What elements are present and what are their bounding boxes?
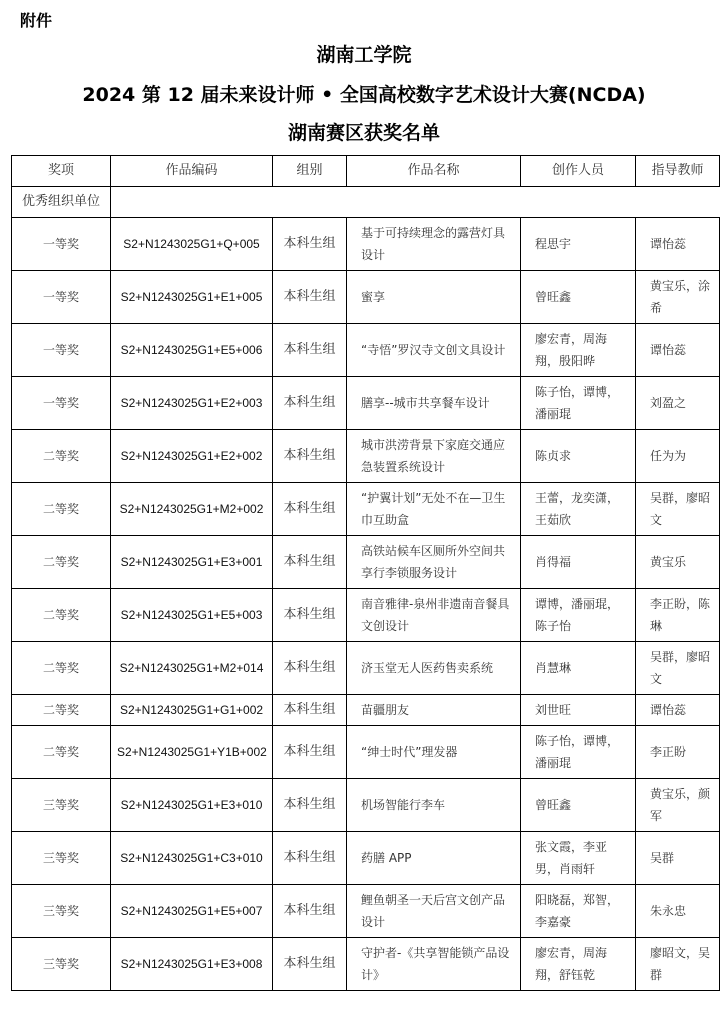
org-label: 优秀组织单位 <box>12 187 111 218</box>
attachment-label: 附件 <box>20 8 52 31</box>
work-name-cell: 药膳 APP <box>347 832 521 885</box>
group-cell: 本科生组 <box>273 324 347 377</box>
work-name-cell: 蜜享 <box>347 271 521 324</box>
advisor-cell: 吴群 <box>636 832 720 885</box>
code-cell: S2+N1243025G1+E2+002 <box>111 430 273 483</box>
table-row: 三等奖S2+N1243025G1+C3+010本科生组药膳 APP张文霞，李亚男… <box>12 832 720 885</box>
code-cell: S2+N1243025G1+E5+007 <box>111 885 273 938</box>
list-title: 湖南赛区获奖名单 <box>0 118 728 145</box>
table-row: 二等奖S2+N1243025G1+E5+003本科生组南音雅律-泉州非遗南音餐具… <box>12 589 720 642</box>
table-row: 一等奖S2+N1243025G1+E5+006本科生组“寺悟”罗汉寺文创文具设计… <box>12 324 720 377</box>
creators-cell: 曾旺鑫 <box>521 271 636 324</box>
creators-cell: 陈贞求 <box>521 430 636 483</box>
creators-cell: 刘世旺 <box>521 695 636 726</box>
award-cell: 一等奖 <box>12 218 111 271</box>
header-creators: 创作人员 <box>521 156 636 187</box>
org-row: 优秀组织单位 <box>12 187 720 218</box>
work-name-cell: 高铁站候车区厕所外空间共享行李锁服务设计 <box>347 536 521 589</box>
header-code: 作品编码 <box>111 156 273 187</box>
code-cell: S2+N1243025G1+Y1B+002 <box>111 726 273 779</box>
creators-cell: 阳晓磊，郑智，李嘉豪 <box>521 885 636 938</box>
table-row: 二等奖S2+N1243025G1+M2+002本科生组“护翼计划”无处不在—卫生… <box>12 483 720 536</box>
creators-cell: 程思宇 <box>521 218 636 271</box>
org-value <box>111 187 720 218</box>
award-cell: 一等奖 <box>12 377 111 430</box>
header-award: 奖项 <box>12 156 111 187</box>
table-row: 二等奖S2+N1243025G1+Y1B+002本科生组“绅士时代”理发器陈子怡… <box>12 726 720 779</box>
group-cell: 本科生组 <box>273 430 347 483</box>
award-cell: 一等奖 <box>12 324 111 377</box>
creators-cell: 陈子怡，谭博，潘丽琨 <box>521 726 636 779</box>
table-row: 二等奖S2+N1243025G1+G1+002本科生组苗疆朋友刘世旺谭怡蕊 <box>12 695 720 726</box>
competition-title: 2024 第 12 届未来设计师 • 全国高校数字艺术设计大赛(NCDA) <box>0 80 728 107</box>
award-cell: 三等奖 <box>12 938 111 991</box>
advisor-cell: 谭怡蕊 <box>636 218 720 271</box>
code-cell: S2+N1243025G1+E1+005 <box>111 271 273 324</box>
table-row: 一等奖S2+N1243025G1+Q+005本科生组基于可持续理念的露营灯具设计… <box>12 218 720 271</box>
work-name-cell: “绅士时代”理发器 <box>347 726 521 779</box>
table-row: 二等奖S2+N1243025G1+E2+002本科生组城市洪涝背景下家庭交通应急… <box>12 430 720 483</box>
advisor-cell: 刘盈之 <box>636 377 720 430</box>
creators-cell: 谭博，潘丽琨，陈子怡 <box>521 589 636 642</box>
advisor-cell: 谭怡蕊 <box>636 695 720 726</box>
group-cell: 本科生组 <box>273 779 347 832</box>
creators-cell: 曾旺鑫 <box>521 779 636 832</box>
table-row: 二等奖S2+N1243025G1+M2+014本科生组济玉堂无人医药售卖系统肖慧… <box>12 642 720 695</box>
code-cell: S2+N1243025G1+E2+003 <box>111 377 273 430</box>
group-cell: 本科生组 <box>273 938 347 991</box>
work-name-cell: 城市洪涝背景下家庭交通应急装置系统设计 <box>347 430 521 483</box>
institution-title: 湖南工学院 <box>0 40 728 67</box>
table-row: 一等奖S2+N1243025G1+E1+005本科生组蜜享曾旺鑫黄宝乐，涂希 <box>12 271 720 324</box>
code-cell: S2+N1243025G1+Q+005 <box>111 218 273 271</box>
creators-cell: 张文霞，李亚男，肖雨轩 <box>521 832 636 885</box>
table-row: 三等奖S2+N1243025G1+E3+008本科生组守护者-《共享智能锁产品设… <box>12 938 720 991</box>
group-cell: 本科生组 <box>273 642 347 695</box>
advisor-cell: 吴群，廖昭文 <box>636 483 720 536</box>
advisor-cell: 黄宝乐，颜军 <box>636 779 720 832</box>
header-name: 作品名称 <box>347 156 521 187</box>
award-cell: 三等奖 <box>12 832 111 885</box>
table-row: 三等奖S2+N1243025G1+E5+007本科生组鲤鱼朝圣一天后宫文创产品设… <box>12 885 720 938</box>
table-row: 一等奖S2+N1243025G1+E2+003本科生组膳享--城市共享餐车设计陈… <box>12 377 720 430</box>
advisor-cell: 朱永忠 <box>636 885 720 938</box>
award-cell: 二等奖 <box>12 536 111 589</box>
code-cell: S2+N1243025G1+C3+010 <box>111 832 273 885</box>
creators-cell: 廖宏青，周海翔，舒钰乾 <box>521 938 636 991</box>
code-cell: S2+N1243025G1+M2+014 <box>111 642 273 695</box>
group-cell: 本科生组 <box>273 885 347 938</box>
award-cell: 二等奖 <box>12 642 111 695</box>
advisor-cell: 黄宝乐，涂希 <box>636 271 720 324</box>
group-cell: 本科生组 <box>273 483 347 536</box>
group-cell: 本科生组 <box>273 589 347 642</box>
advisor-cell: 李正盼 <box>636 726 720 779</box>
advisor-cell: 李正盼，陈琳 <box>636 589 720 642</box>
work-name-cell: 机场智能行李车 <box>347 779 521 832</box>
awards-table: 奖项 作品编码 组别 作品名称 创作人员 指导教师 优秀组织单位 一等奖S2+N… <box>11 155 720 991</box>
award-cell: 二等奖 <box>12 726 111 779</box>
work-name-cell: 南音雅律-泉州非遗南音餐具文创设计 <box>347 589 521 642</box>
code-cell: S2+N1243025G1+E5+003 <box>111 589 273 642</box>
work-name-cell: 济玉堂无人医药售卖系统 <box>347 642 521 695</box>
work-name-cell: 膳享--城市共享餐车设计 <box>347 377 521 430</box>
group-cell: 本科生组 <box>273 271 347 324</box>
advisor-cell: 任为为 <box>636 430 720 483</box>
code-cell: S2+N1243025G1+M2+002 <box>111 483 273 536</box>
table-row: 二等奖S2+N1243025G1+E3+001本科生组高铁站候车区厕所外空间共享… <box>12 536 720 589</box>
advisor-cell: 谭怡蕊 <box>636 324 720 377</box>
group-cell: 本科生组 <box>273 695 347 726</box>
advisor-cell: 吴群，廖昭文 <box>636 642 720 695</box>
header-group: 组别 <box>273 156 347 187</box>
table-row: 三等奖S2+N1243025G1+E3+010本科生组机场智能行李车曾旺鑫黄宝乐… <box>12 779 720 832</box>
code-cell: S2+N1243025G1+E3+010 <box>111 779 273 832</box>
advisor-cell: 廖昭文，吴群 <box>636 938 720 991</box>
work-name-cell: 苗疆朋友 <box>347 695 521 726</box>
award-cell: 三等奖 <box>12 779 111 832</box>
group-cell: 本科生组 <box>273 218 347 271</box>
table-header-row: 奖项 作品编码 组别 作品名称 创作人员 指导教师 <box>12 156 720 187</box>
award-cell: 三等奖 <box>12 885 111 938</box>
work-name-cell: 基于可持续理念的露营灯具设计 <box>347 218 521 271</box>
advisor-cell: 黄宝乐 <box>636 536 720 589</box>
group-cell: 本科生组 <box>273 377 347 430</box>
group-cell: 本科生组 <box>273 726 347 779</box>
code-cell: S2+N1243025G1+E3+008 <box>111 938 273 991</box>
code-cell: S2+N1243025G1+G1+002 <box>111 695 273 726</box>
header-advisor: 指导教师 <box>636 156 720 187</box>
work-name-cell: “护翼计划”无处不在—卫生巾互助盒 <box>347 483 521 536</box>
award-cell: 二等奖 <box>12 695 111 726</box>
award-cell: 二等奖 <box>12 589 111 642</box>
group-cell: 本科生组 <box>273 536 347 589</box>
creators-cell: 陈子怡，谭博，潘丽琨 <box>521 377 636 430</box>
work-name-cell: “寺悟”罗汉寺文创文具设计 <box>347 324 521 377</box>
creators-cell: 王蕾，龙奕潇，王茹欣 <box>521 483 636 536</box>
creators-cell: 肖慧琳 <box>521 642 636 695</box>
award-cell: 二等奖 <box>12 430 111 483</box>
code-cell: S2+N1243025G1+E5+006 <box>111 324 273 377</box>
award-cell: 二等奖 <box>12 483 111 536</box>
code-cell: S2+N1243025G1+E3+001 <box>111 536 273 589</box>
creators-cell: 廖宏青，周海翔，殷阳晔 <box>521 324 636 377</box>
work-name-cell: 守护者-《共享智能锁产品设计》 <box>347 938 521 991</box>
work-name-cell: 鲤鱼朝圣一天后宫文创产品设计 <box>347 885 521 938</box>
award-cell: 一等奖 <box>12 271 111 324</box>
creators-cell: 肖得福 <box>521 536 636 589</box>
group-cell: 本科生组 <box>273 832 347 885</box>
